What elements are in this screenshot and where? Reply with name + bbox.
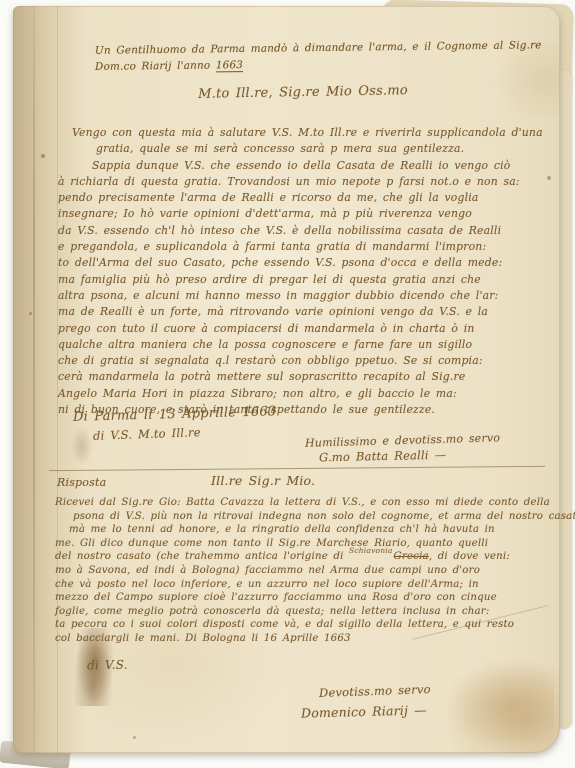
stain-bottom-right-corner [444,658,554,743]
letter2-valediction: Devotiss.mo servo [319,682,431,700]
manuscript-line: mo à Savona, ed indi à Bologna) facciamm… [55,564,555,578]
letter2-signature: Domenico Riarij — [301,702,427,720]
manuscript-line: ta pecora co i suoi colori disposti come… [55,618,555,632]
manuscript-page: Un Gentilhuomo da Parma mandò à dimandar… [13,6,560,753]
foxing-speck [133,736,136,739]
letter1-signature: G.mo Batta Realli — [319,448,447,465]
struck-word: Grecia [394,551,429,562]
manuscript-line: insegnare; Io hò varie opinioni d'dett'a… [58,206,552,222]
manuscript-line: che và posto nel loco inferiore, e un az… [55,578,555,592]
line-text: del nostro casato (che trahemmo antica l… [55,551,349,562]
letter2-salutation: Ill.re Sig.r Mio. [211,473,315,488]
manuscript-line: del nostro casato (che trahemmo antica l… [55,550,555,564]
manuscript-line: à richiarla di questa gratia. Trovandosi… [58,174,552,190]
letter2-body: Ricevei dal Sig.re Gio: Batta Cavazza la… [55,496,555,646]
manuscript-line: qualche altra maniera che la possa cogno… [58,337,552,353]
manuscript-line: foglie, come meglio potrà conoscerla dà … [55,605,555,619]
manuscript-line: to dell'Arma del suo Casato, pche essend… [58,255,552,271]
header-annotation-line-1: Un Gentilhuomo da Parma mandò à dimandar… [95,39,542,56]
manuscript-line: Vengo con questa mia à salutare V.S. M.t… [58,125,552,141]
line-text: , di dove veni: [429,551,510,562]
gutter-crease-line [33,6,35,753]
manuscript-line: psona di V.S. più non la ritrovai indegn… [55,510,555,524]
letters-divider-rule [49,466,545,471]
manuscript-line: col bacciargli le mani. Di Bologna li 16… [55,632,555,646]
manuscript-line: Angelo Maria Hori in piazza Sibraro; non… [58,386,552,402]
manuscript-line: che di gratia si segnalata q.l restarò c… [58,353,552,369]
manuscript-line: prego con tuto il cuore à compiacersi di… [58,321,552,337]
manuscript-line: me. Gli dico dunque come non tanto il Si… [55,537,555,551]
manuscript-line: gratia, quale se mi serà concesso sarà p… [58,141,552,157]
manuscript-line: e pregandola, e suplicandola à farmi tan… [58,239,552,255]
manuscript-line: Ricevei dal Sig.re Gio: Batta Cavazza la… [55,496,555,510]
manuscript-line: ma de Realli è un forte, mà ritrovando v… [58,304,552,320]
manuscript-line: da V.S. essendo ch'l hò inteso che V.S. … [58,223,552,239]
header-annotation-line-2: Dom.co Riarij l'anno 1663 [95,59,243,73]
letter1-valediction: Humilissimo e devotiss.mo servo [305,431,500,449]
letter2-subscription: di V.S. [87,658,128,673]
manuscript-line: cerà mandarmela la potrà mettere sul sop… [58,369,552,385]
manuscript-line: mezzo del Campo supiore cioè l'azzurro f… [55,591,555,605]
interlinear-word: Schiavonia [349,544,393,558]
letter1-body: Vengo con questa mia à salutare V.S. M.t… [58,125,552,418]
letter1-salutation: M.to Ill.re, Sig.re Mio Oss.mo [173,83,433,103]
manuscript-line: pendo precisamente l'arma de Realli e ri… [58,190,552,206]
header-annotation-prefix: Dom.co Riarij l'anno [95,59,216,72]
manuscript-line: ma famiglia più hò preso ardire di prega… [58,272,552,288]
letter2-risposta-label: Risposta [57,476,106,489]
manuscript-line: altra psona, e alcuni mi hanno messo in … [58,288,552,304]
letter1-subscription: di V.S. M.to Ill.re [93,425,201,443]
underlined-year: 1663 [216,59,243,72]
manuscript-line: Sappia dunque V.S. che essendo io della … [58,158,552,174]
manuscript-line: mà me lo tenni ad honore, e la ringratio… [55,523,555,537]
photo-backdrop: Un Gentilhuomo da Parma mandò à dimandar… [0,0,575,768]
